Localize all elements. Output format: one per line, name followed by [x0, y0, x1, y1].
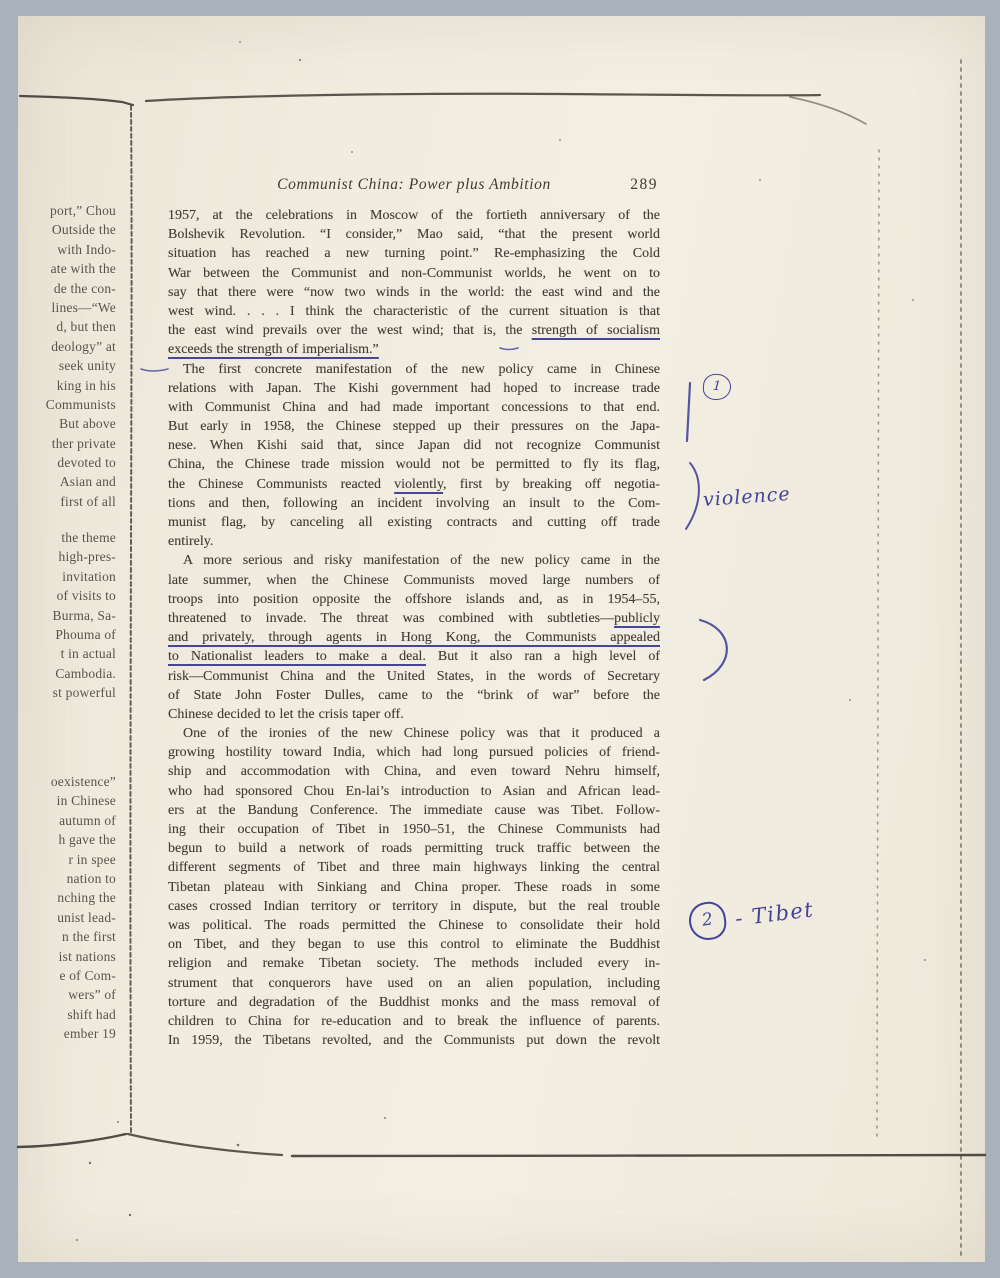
text-segment: with Communist China and had made import…	[168, 400, 660, 415]
text-segment: 1957, at the celebrations in Moscow of t…	[168, 208, 660, 223]
text-segment: late summer, when the Chinese Communists…	[168, 573, 660, 588]
fragment-line: with Indo-	[18, 240, 116, 259]
text-line: entirely.	[168, 532, 660, 551]
text-line: different segments of Tibet and three ma…	[168, 858, 660, 877]
pen-underlined-text: violently	[394, 477, 443, 492]
text-line: begun to build a network of roads permit…	[168, 839, 660, 858]
text-line: tions and then, following an incident in…	[168, 494, 660, 513]
text-line: the east wind prevails over the west win…	[168, 321, 660, 340]
text-line: with Communist China and had made import…	[168, 398, 660, 417]
fragment-line: ate with the	[18, 259, 116, 278]
text-line: on Tibet, and they began to use this con…	[168, 935, 660, 954]
text-line: In 1959, the Tibetans revolted, and the …	[168, 1031, 660, 1050]
fragment-line: invitation	[18, 567, 116, 586]
fragment-line: n the first	[18, 927, 116, 946]
text-line: the Chinese Communists reacted violently…	[168, 475, 660, 494]
fragment-line: in Chinese	[18, 791, 116, 810]
text-segment: was political. The roads permitted the C…	[168, 918, 660, 933]
fragment-line: Communists	[18, 395, 116, 414]
text-segment: relations with Japan. The Kishi governme…	[168, 381, 660, 396]
text-line: ship and accommodation with China, and e…	[168, 762, 660, 781]
fragment-line: unist lead-	[18, 908, 116, 927]
text-line: cases crossed Indian territory or territ…	[168, 897, 660, 916]
page-number: 289	[630, 176, 658, 194]
text-line: nese. When Kishi said that, since Japan …	[168, 436, 660, 455]
fragment-line: lines—“We	[18, 298, 116, 317]
text-segment: different segments of Tibet and three ma…	[168, 860, 660, 875]
text-segment: War between the Communist and non-Commun…	[168, 266, 660, 281]
text-segment: strument that conquerors have used on an…	[168, 976, 660, 991]
text-segment: of State John Foster Dulles, came to the…	[168, 688, 660, 703]
fragment-line: h gave the	[18, 830, 116, 849]
running-header: Communist China: Power plus Ambition 289	[168, 176, 660, 200]
text-segment: China, the Chinese trade mission would n…	[168, 457, 660, 472]
fragment-line: oexistence”	[18, 772, 116, 791]
text-line: say that there were “now two winds in th…	[168, 283, 660, 302]
fragment-line: e of Com-	[18, 966, 116, 985]
text-line: to Nationalist leaders to make a deal. B…	[168, 647, 660, 666]
fragment-line: the theme	[18, 528, 116, 547]
fragment-line: nching the	[18, 888, 116, 907]
text-segment: troops into position opposite the offsho…	[168, 592, 660, 607]
fragment-line: Asian and	[18, 472, 116, 491]
text-segment: But it also ran a high level of	[426, 649, 660, 664]
pen-underlined-text: and privately, through agents in Hong Ko…	[168, 630, 660, 645]
fragment-line: wers” of	[18, 985, 116, 1004]
text-line: children to China for re-education and t…	[168, 1012, 660, 1031]
text-segment: The first concrete manifestation of the …	[183, 362, 660, 377]
text-segment: cases crossed Indian territory or territ…	[168, 899, 660, 914]
text-segment: begun to build a network of roads permit…	[168, 841, 660, 856]
text-line: growing hostility toward India, which ha…	[168, 743, 660, 762]
text-segment: tions and then, following an incident in…	[168, 496, 660, 511]
text-segment: In 1959, the Tibetans revolted, and the …	[168, 1033, 660, 1048]
fragment-line: nation to	[18, 869, 116, 888]
fragment-line: Outside the	[18, 220, 116, 239]
fragment-line: t in actual	[18, 644, 116, 663]
text-segment: Bolshevik Revolution. “I consider,” Mao …	[168, 227, 660, 242]
paragraph: 1957, at the celebrations in Moscow of t…	[168, 206, 660, 360]
text-line: munist flag, by canceling all existing c…	[168, 513, 660, 532]
scanned-document-photo: { "colors": { "background": "#a9b1bc", "…	[0, 0, 1000, 1278]
fragment-line: ember 19	[18, 1024, 116, 1043]
adjacent-page-fragment-group: the themehigh-pres-invitationof visits t…	[18, 528, 116, 703]
text-segment: , first by breaking off negotia-	[443, 477, 660, 492]
text-segment: children to China for re-education and t…	[168, 1014, 660, 1029]
text-segment: the east wind prevails over the west win…	[168, 323, 532, 338]
fragment-line: first of all	[18, 492, 116, 511]
text-segment: torture and degradation of the Buddhist …	[168, 995, 660, 1010]
pen-underlined-text: exceeds the strength of imperialism.”	[168, 342, 379, 357]
text-line: War between the Communist and non-Commun…	[168, 264, 660, 283]
text-line: ers at the Bandung Conference. The immed…	[168, 801, 660, 820]
text-segment: ing their occupation of Tibet in 1950–51…	[168, 822, 660, 837]
text-line: religion and remake Tibetan society. The…	[168, 954, 660, 973]
text-segment: religion and remake Tibetan society. The…	[168, 956, 660, 971]
body-text: 1957, at the celebrations in Moscow of t…	[168, 206, 660, 1050]
text-line: exceeds the strength of imperialism.”	[168, 340, 660, 359]
text-segment: situation has reached a new turning poin…	[168, 246, 660, 261]
fragment-line: Burma, Sa-	[18, 606, 116, 625]
text-line: was political. The roads permitted the C…	[168, 916, 660, 935]
fragment-line: But above	[18, 414, 116, 433]
text-line: late summer, when the Chinese Communists…	[168, 571, 660, 590]
fragment-line: of visits to	[18, 586, 116, 605]
fragment-line: ther private	[18, 434, 116, 453]
fragment-line: autumn of	[18, 811, 116, 830]
paragraph: The first concrete manifestation of the …	[168, 360, 660, 552]
text-line: China, the Chinese trade mission would n…	[168, 455, 660, 474]
fragment-line: de the con-	[18, 279, 116, 298]
text-segment: on Tibet, and they began to use this con…	[168, 937, 660, 952]
text-segment: risk—Communist China and the United Stat…	[168, 669, 660, 684]
text-line: who had sponsored Chou En-lai’s introduc…	[168, 782, 660, 801]
adjacent-page-fragment-group: port,” ChouOutside thewith Indo-ate with…	[18, 201, 116, 511]
text-segment: growing hostility toward India, which ha…	[168, 745, 660, 760]
fragment-line: high-pres-	[18, 547, 116, 566]
text-line: One of the ironies of the new Chinese po…	[168, 724, 660, 743]
text-segment: One of the ironies of the new Chinese po…	[183, 726, 660, 741]
text-line: ing their occupation of Tibet in 1950–51…	[168, 820, 660, 839]
fragment-line: ist nations	[18, 947, 116, 966]
fragment-line: deology” at	[18, 337, 116, 356]
fragment-line: st powerful	[18, 683, 116, 702]
text-segment: A more serious and risky manifestation o…	[183, 553, 660, 568]
text-line: and privately, through agents in Hong Ko…	[168, 628, 660, 647]
text-segment: Chinese decided to let the crisis taper …	[168, 707, 404, 722]
pen-underlined-text: publicly	[614, 611, 660, 626]
text-line: threatened to invade. The threat was com…	[168, 609, 660, 628]
text-segment: say that there were “now two winds in th…	[168, 285, 660, 300]
adjacent-page-fragment-group: oexistence”in Chineseautumn ofh gave the…	[18, 772, 116, 1043]
fragment-line: Cambodia.	[18, 664, 116, 683]
text-segment: But early in 1958, the Chinese stepped u…	[168, 419, 660, 434]
text-line: 1957, at the celebrations in Moscow of t…	[168, 206, 660, 225]
text-line: But early in 1958, the Chinese stepped u…	[168, 417, 660, 436]
text-line: Bolshevik Revolution. “I consider,” Mao …	[168, 225, 660, 244]
text-segment: ers at the Bandung Conference. The immed…	[168, 803, 660, 818]
text-line: The first concrete manifestation of the …	[168, 360, 660, 379]
text-line: relations with Japan. The Kishi governme…	[168, 379, 660, 398]
text-line: situation has reached a new turning poin…	[168, 244, 660, 263]
text-segment: Tibetan plateau with Sinkiang and China …	[168, 880, 660, 895]
pen-underlined-text: to Nationalist leaders to make a deal.	[168, 649, 426, 664]
fragment-line: seek unity	[18, 356, 116, 375]
text-line: risk—Communist China and the United Stat…	[168, 667, 660, 686]
fragment-line: port,” Chou	[18, 201, 116, 220]
text-line: torture and degradation of the Buddhist …	[168, 993, 660, 1012]
text-line: Chinese decided to let the crisis taper …	[168, 705, 660, 724]
text-segment: ship and accommodation with China, and e…	[168, 764, 660, 779]
text-line: west wind. . . . I think the characteris…	[168, 302, 660, 321]
text-segment: west wind. . . . I think the characteris…	[168, 304, 660, 319]
fragment-line: shift had	[18, 1005, 116, 1024]
text-line: strument that conquerors have used on an…	[168, 974, 660, 993]
fragment-line: Phouma of	[18, 625, 116, 644]
text-line: Tibetan plateau with Sinkiang and China …	[168, 878, 660, 897]
paragraph: One of the ironies of the new Chinese po…	[168, 724, 660, 1050]
chapter-title: Communist China: Power plus Ambition	[277, 176, 551, 193]
page-body: Communist China: Power plus Ambition 289…	[168, 176, 660, 1050]
pen-underlined-text: strength of socialism	[532, 323, 660, 338]
text-segment: nese. When Kishi said that, since Japan …	[168, 438, 660, 453]
fragment-line: devoted to	[18, 453, 116, 472]
text-segment: the Chinese Communists reacted	[168, 477, 394, 492]
text-line: troops into position opposite the offsho…	[168, 590, 660, 609]
text-segment: entirely.	[168, 534, 213, 549]
text-segment: munist flag, by canceling all existing c…	[168, 515, 660, 530]
text-segment: who had sponsored Chou En-lai’s introduc…	[168, 784, 660, 799]
paragraph: A more serious and risky manifestation o…	[168, 551, 660, 724]
fragment-line: king in his	[18, 376, 116, 395]
fragment-line: d, but then	[18, 317, 116, 336]
fragment-line: r in spee	[18, 850, 116, 869]
text-segment: threatened to invade. The threat was com…	[168, 611, 614, 626]
text-line: A more serious and risky manifestation o…	[168, 551, 660, 570]
text-line: of State John Foster Dulles, came to the…	[168, 686, 660, 705]
